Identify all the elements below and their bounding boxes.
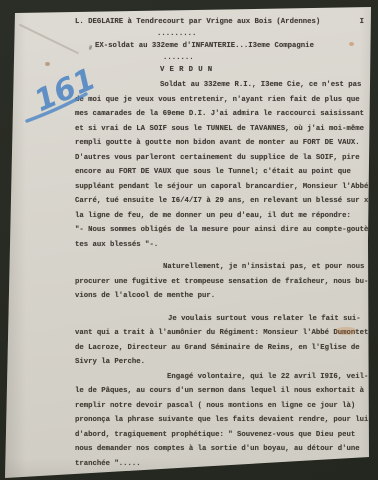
paragraph: Je voulais surtout vous relater le fait … xyxy=(75,312,372,370)
typed-line: rempli goutte à goutte mon bidon avant d… xyxy=(75,136,372,151)
typed-line: Carré, tué ensuite le I6/4/I7 à 29 ans, … xyxy=(75,194,372,209)
typed-line: tes aux blessés "-. xyxy=(75,238,372,253)
typed-line: vions de l'alcool de menthe pur. xyxy=(75,289,372,304)
dotted-separator: ......... xyxy=(75,28,364,40)
typed-line: prononça la phrase suivante que les fait… xyxy=(75,413,372,428)
typed-line: D'autres vous parleront certainement du … xyxy=(75,151,372,166)
typed-line: le de Pâques, au cours d'un sermon dans … xyxy=(75,384,372,399)
typed-line: Naturellement, je n'insistai pas, et pou… xyxy=(75,260,372,275)
paper-stain xyxy=(336,327,356,335)
paper-stain xyxy=(45,62,50,66)
document-header: L. DEGLAIRE à Tendrecourt par Vrigne aux… xyxy=(75,16,364,76)
unit-line: EX-soldat au 332eme d'INFANTERIE...I3eme… xyxy=(75,40,364,52)
typed-line: suppléant pendant le séjour un caporal b… xyxy=(75,180,372,195)
paragraph: Engagé volontaire, qui le 22 avril I9I6,… xyxy=(75,370,372,472)
scanned-document-photo: { "header": { "correspondent_line": "L. … xyxy=(0,0,378,480)
typed-line: Engagé volontaire, qui le 22 avril I9I6,… xyxy=(75,370,372,385)
typed-line: Soldat au 332eme R.I., I3eme Cie, ce n'e… xyxy=(75,78,372,93)
typed-line: nous demander nos comptes à la sortie d'… xyxy=(75,442,372,457)
dotted-separator: ....... xyxy=(75,52,364,64)
typed-line: d'abord, tragiquement prophétique: " Sou… xyxy=(75,428,372,443)
document-body: Soldat au 332eme R.I., I3eme Cie, ce n'e… xyxy=(75,78,372,471)
paragraph: Naturellement, je n'insistai pas, et pou… xyxy=(75,260,372,304)
typed-line: de Lacroze, Directeur au Grand Séminaire… xyxy=(75,341,372,356)
typed-line: tranchée "..... xyxy=(75,457,372,472)
handwritten-archive-number: 161 xyxy=(20,58,100,130)
handwritten-number-text: 161 xyxy=(29,62,100,119)
document-title: V E R D U N xyxy=(75,64,364,76)
typed-line: "- Nous sommes obligés de la mesure pour… xyxy=(75,223,372,238)
typed-line: de moi que je veux vous entretenir, n'ay… xyxy=(75,93,372,108)
typed-line: Je voulais surtout vous relater le fait … xyxy=(75,312,372,327)
page-number: I xyxy=(360,16,364,28)
typed-line: procurer une fugitive et trompeuse sensa… xyxy=(75,275,372,290)
typed-line: la ligne de feu, de me donner un peu d'e… xyxy=(75,209,372,224)
correspondent-line: L. DEGLAIRE à Tendrecourt par Vrigne aux… xyxy=(75,16,320,28)
paragraph: Soldat au 332eme R.I., I3eme Cie, ce n'e… xyxy=(75,78,372,252)
typed-line: mes camarades de la 69eme D.I. J'ai admi… xyxy=(75,107,372,122)
typed-line: encore au FORT DE VAUX que sous le Tunne… xyxy=(75,165,372,180)
typed-line: Sivry la Perche. xyxy=(75,355,372,370)
typed-line: remplir notre devoir pascal ( nous monti… xyxy=(75,399,372,414)
paper-stain xyxy=(349,42,354,46)
typed-line: vant qui a trait à l'aumônier du Régimen… xyxy=(75,326,372,341)
typed-line: et si vrai de LA SOIF sous le TUNNEL de … xyxy=(75,122,372,137)
